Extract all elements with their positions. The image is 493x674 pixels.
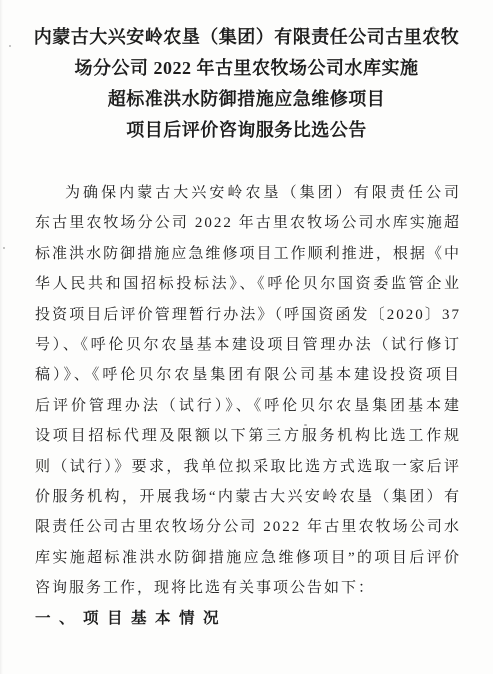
- section-heading: 一、项目基本情况: [35, 604, 461, 634]
- paragraph-line: 设项目招标代理及限额以下第三方服务机构比选工作规: [35, 421, 461, 451]
- paragraph-line: 为确保内蒙古大兴安岭农垦（集团）有限责任公司: [35, 178, 461, 208]
- scanned-document-page: 内蒙古大兴安岭农垦（集团）有限责任公司古里农牧 场分公司 2022 年古里农牧场…: [0, 0, 493, 674]
- paragraph-line: 咨询服务工作，现将比选有关事项公告如下：: [35, 573, 461, 603]
- title-line-2: 场分公司 2022 年古里农牧场公司水库实施: [30, 53, 463, 84]
- document-title: 内蒙古大兴安岭农垦（集团）有限责任公司古里农牧 场分公司 2022 年古里农牧场…: [30, 22, 463, 146]
- paragraph-line: 标准洪水防御措施应急维修项目工作顺利推进，根据《中: [35, 239, 461, 269]
- paragraph-line: 东古里农牧场分公司 2022 年古里农牧场公司水库实施超: [35, 208, 461, 238]
- paragraph-line: 稿）》、《呼伦贝尔农垦集团有限公司基本建设投资项目: [35, 360, 461, 390]
- paragraph-line: 价服务机构，开展我场“内蒙古大兴安岭农垦（集团）有: [35, 482, 461, 512]
- paragraph-line: 后评价管理办法（试行）》、《呼伦贝尔农垦集团基本建: [35, 391, 461, 421]
- paragraph-line: 库实施超标准洪水防御措施应急维修项目”的项目后评价: [35, 543, 461, 573]
- scan-speck: [9, 45, 11, 47]
- paragraph-line: 则（试行）》要求，我单位拟采取比选方式选取一家后评: [35, 452, 461, 482]
- document-body: 为确保内蒙古大兴安岭农垦（集团）有限责任公司 东古里农牧场分公司 2022 年古…: [0, 178, 493, 634]
- paragraph-line: 投资项目后评价管理暂行办法》（呼国资函发〔2020〕37: [35, 300, 461, 330]
- title-line-4: 项目后评价咨询服务比选公告: [30, 115, 463, 146]
- title-line-1: 内蒙古大兴安岭农垦（集团）有限责任公司古里农牧: [30, 22, 463, 53]
- paragraph-line: 华人民共和国招标投标法》、《呼伦贝尔国资委监管企业: [35, 269, 461, 299]
- paragraph-line: 限责任公司古里农牧场分公司 2022 年古里农牧场公司水: [35, 512, 461, 542]
- title-line-3: 超标准洪水防御措施应急维修项目: [30, 84, 463, 115]
- paragraph-line: 号）、《呼伦贝尔农垦基本建设项目管理办法（试行修订: [35, 330, 461, 360]
